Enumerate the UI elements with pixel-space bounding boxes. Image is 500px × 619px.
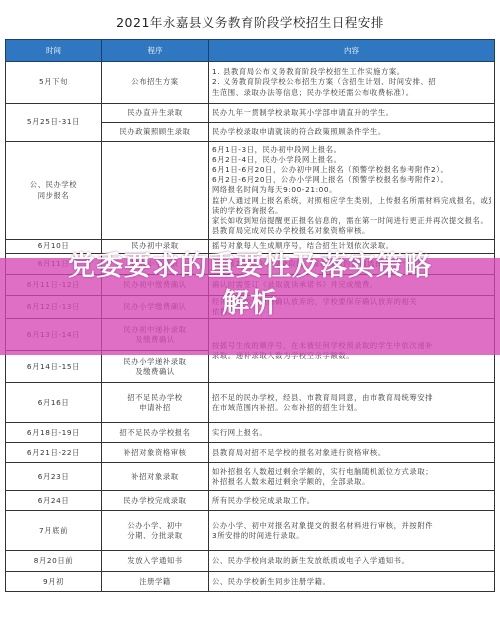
cell-step: 招不足民办学校报名: [102, 423, 209, 443]
cell-time: 6月24日: [6, 491, 102, 511]
header-step: 程序: [102, 40, 209, 62]
cell-time: 6月14日-15日: [6, 351, 102, 383]
cell-time: 5月下旬: [6, 62, 102, 104]
headline-title: 党委要求的重要性及落实策略 解析: [0, 248, 500, 322]
cell-time: 6月23日: [6, 463, 102, 491]
table-row: 公、民办学校 同步报名 6月1日-3日，民办初中段网上报名。 6月2日-4日，民…: [6, 142, 495, 240]
headline-line-1: 党委要求的重要性及落实策略: [0, 248, 500, 285]
cell-content: 所有民办学校完成录取工作。: [209, 491, 495, 511]
cell-content: 公、民办学校新生同步注册学籍。: [209, 572, 495, 592]
cell-step: 补招对象录取: [102, 463, 209, 491]
table-row: 6月16日 招不足民办学校 申请补招 招不足的民办学校，经县、市教育局同意，由市…: [6, 383, 495, 423]
cell-time: 7月底前: [6, 511, 102, 551]
cell-step: 招不足民办学校 申请补招: [102, 383, 209, 423]
table-row: 6月23日 补招对象录取 如补招报名人数超过剩余学额的，实行电脑随机派位方式录取…: [6, 463, 495, 491]
document-title: 2021年永嘉县义务教育阶段学校招生日程安排: [0, 13, 500, 31]
table-row: 6月18日-19日 招不足民办学校报名 实行网上报名。: [6, 423, 495, 443]
cell-step: [102, 142, 209, 240]
cell-content: 公办小学、初中对报名对象提交的报名材料进行审核，并按附件 3所安排的时间进行录取…: [209, 511, 495, 551]
cell-step: 发放入学通知书: [102, 551, 209, 572]
table-row: 5月25日-31日 民办直升生录取 民办九年一贯制学校录取其小学部申请直升的学生…: [6, 104, 495, 123]
cell-content: 招不足的民办学校，经县、市教育局同意，由市教育局统筹安排 在市域范围内补招。公布…: [209, 383, 495, 423]
cell-time: 5月25日-31日: [6, 104, 102, 142]
table-row: 5月下旬 公布招生方案 1. 县教育局公布义务教育阶段学校招生工作实施方案。 2…: [6, 62, 495, 104]
cell-step: 民办小学递补录取 及缴费确认: [102, 351, 209, 383]
cell-content: 如补招报名人数超过剩余学额的，实行电脑随机派位方式录取； 补招报名人数未超过剩余…: [209, 463, 495, 491]
cell-content: 实行网上报名。: [209, 423, 495, 443]
cell-step: 公布招生方案: [102, 62, 209, 104]
headline-line-2: 解析: [0, 285, 500, 322]
table-row: 9月初 注册学籍 公、民办学校新生同步注册学籍。: [6, 572, 495, 592]
table-row: 8月20日前 发放入学通知书 公、民办学校向录取的新生发放纸质或电子入学通知书。: [6, 551, 495, 572]
cell-step: 民办学校完成录取: [102, 491, 209, 511]
cell-time: 6月18日-19日: [6, 423, 102, 443]
cell-step: 注册学籍: [102, 572, 209, 592]
table-row: 6月21日-22日 补招对象资格审核 县教育局对招不足学校的报名对象进行资格审核…: [6, 443, 495, 463]
cell-time: 8月20日前: [6, 551, 102, 572]
cell-content: 民办学校录取申请就读的符合政策照顾条件学生。: [209, 123, 495, 142]
header-content: 内容: [209, 40, 495, 62]
table-row: 6月24日 民办学校完成录取 所有民办学校完成录取工作。: [6, 491, 495, 511]
cell-time: 6月16日: [6, 383, 102, 423]
cell-content: 6月1日-3日，民办初中段网上报名。 6月2日-4日，民办小学段网上报名。 6月…: [209, 142, 495, 240]
cell-content: 公、民办学校向录取的新生发放纸质或电子入学通知书。: [209, 551, 495, 572]
cell-time: 公、民办学校 同步报名: [6, 142, 102, 240]
cell-step: 补招对象资格审核: [102, 443, 209, 463]
header-time: 时间: [6, 40, 102, 62]
cell-content: 民办九年一贯制学校录取其小学部申请直升的学生。: [209, 104, 495, 123]
cell-step: 民办政策照顾生录取: [102, 123, 209, 142]
cell-time: 6月21日-22日: [6, 443, 102, 463]
cell-step: 公办小学、初中 分期、分批录取: [102, 511, 209, 551]
table-row: 7月底前 公办小学、初中 分期、分批录取 公办小学、初中对报名对象提交的报名材料…: [6, 511, 495, 551]
cell-time: 9月初: [6, 572, 102, 592]
cell-step: 民办直升生录取: [102, 104, 209, 123]
cell-content: 1. 县教育局公布义务教育阶段学校招生工作实施方案。 2. 义务教育阶段学校公布…: [209, 62, 495, 104]
table-header-row: 时间 程序 内容: [6, 40, 495, 62]
cell-content: 县教育局对招不足学校的报名对象进行资格审核。: [209, 443, 495, 463]
